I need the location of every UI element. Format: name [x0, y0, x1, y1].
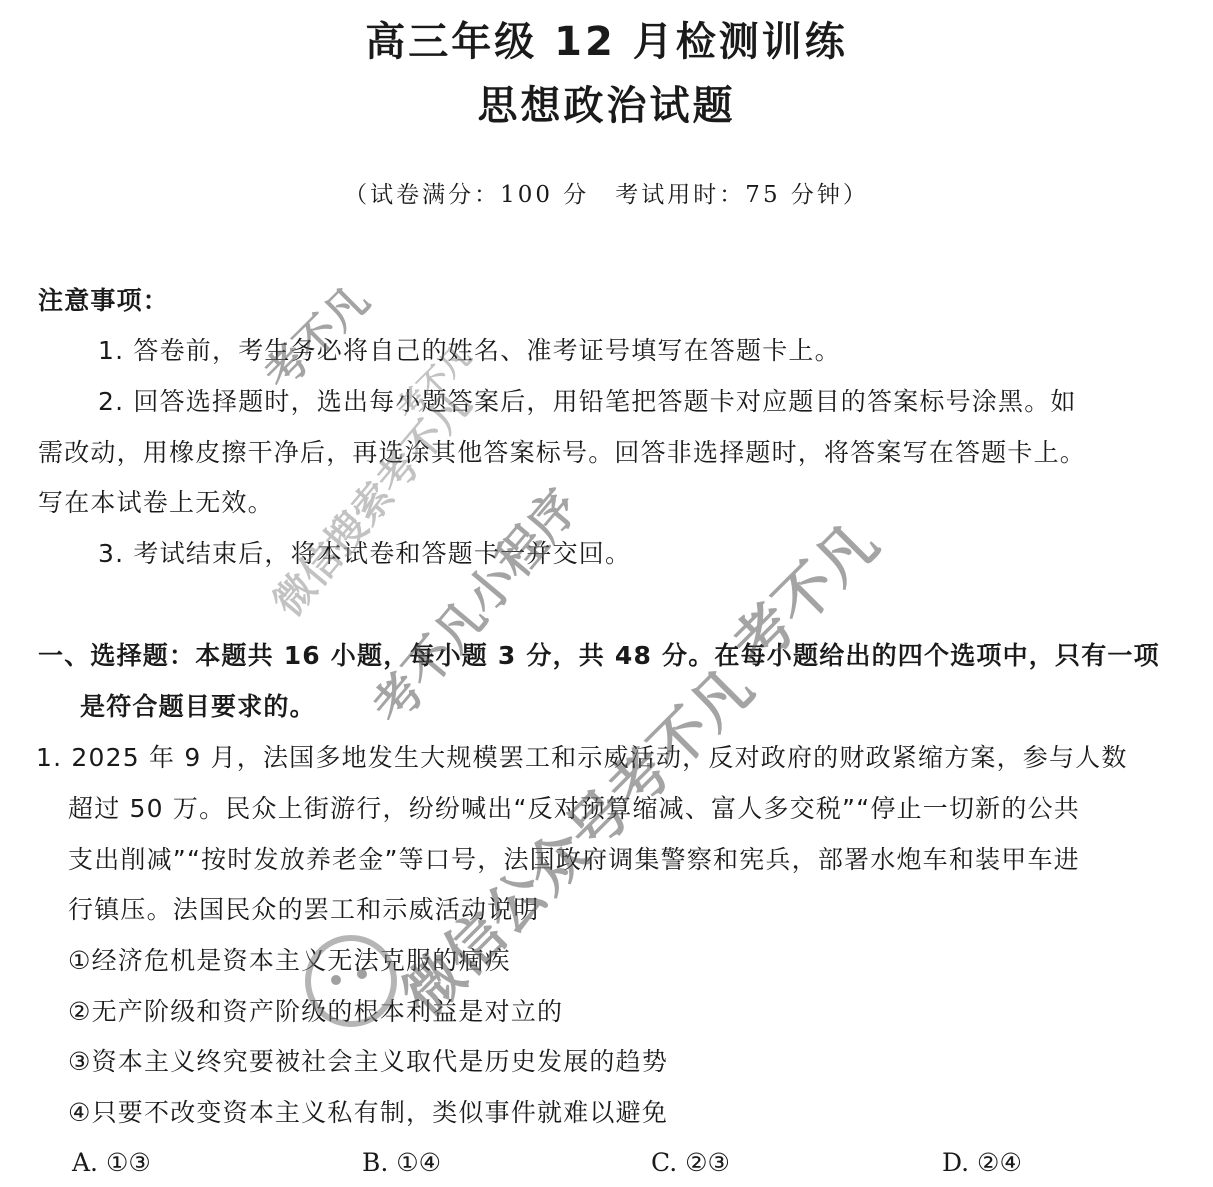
question-stem-line: 超过 50 万。民众上街游行，纷纷喊出“反对预算缩减、富人多交税”“停止一切新的… [68, 789, 1080, 829]
notice-item-3: 3. 考试结束后，将本试卷和答题卡一并交回。 [98, 534, 631, 574]
notice-item-1: 1. 答卷前，考生务必将自己的姓名、准考证号填写在答题卡上。 [98, 331, 841, 371]
exam-info: （试卷满分：100 分 考试用时：75 分钟） [0, 175, 1213, 215]
option-c: C. ②③ [651, 1143, 730, 1183]
watermark-text: 考不凡小程序 [354, 472, 592, 737]
statement-2: ②无产阶级和资产阶级的根本利益是对立的 [68, 992, 563, 1032]
exam-title: 高三年级 12 月检测训练 [0, 14, 1213, 70]
option-a: A. ①③ [72, 1143, 151, 1183]
question-stem-line: 行镇压。法国民众的罢工和示威活动说明 [68, 890, 540, 930]
question-stem-line: 1. 2025 年 9 月，法国多地发生大规模罢工和示威活动，反对政府的财政紧缩… [36, 738, 1128, 778]
section-heading-cont: 是符合题目要求的。 [80, 687, 316, 727]
section-heading: 一、选择题：本题共 16 小题，每小题 3 分，共 48 分。在每小题给出的四个… [38, 636, 1160, 676]
notice-item-2: 2. 回答选择题时，选出每小题答案后，用铅笔把答题卡对应题目的答案标号涂黑。如 [98, 382, 1077, 422]
exam-subject-title: 思想政治试题 [0, 78, 1213, 134]
question-stem-line: 支出削减”“按时发放养老金”等口号，法国政府调集警察和宪兵，部署水炮车和装甲车进 [68, 840, 1080, 880]
exam-page: 高三年级 12 月检测训练 思想政治试题 （试卷满分：100 分 考试用时：75… [0, 0, 1213, 1187]
statement-3: ③资本主义终究要被社会主义取代是历史发展的趋势 [68, 1042, 668, 1082]
statement-4: ④只要不改变资本主义私有制，类似事件就难以避免 [68, 1093, 668, 1133]
notice-item-2-cont2: 写在本试卷上无效。 [38, 483, 274, 523]
statement-1: ①经济危机是资本主义无法克服的痼疾 [68, 941, 511, 981]
notice-item-2-cont: 需改动，用橡皮擦干净后，再选涂其他答案标号。回答非选择题时，将答案写在答题卡上。 [38, 433, 1086, 473]
notice-heading: 注意事项： [38, 281, 169, 321]
option-b: B. ①④ [362, 1143, 441, 1183]
option-d: D. ②④ [942, 1143, 1022, 1183]
